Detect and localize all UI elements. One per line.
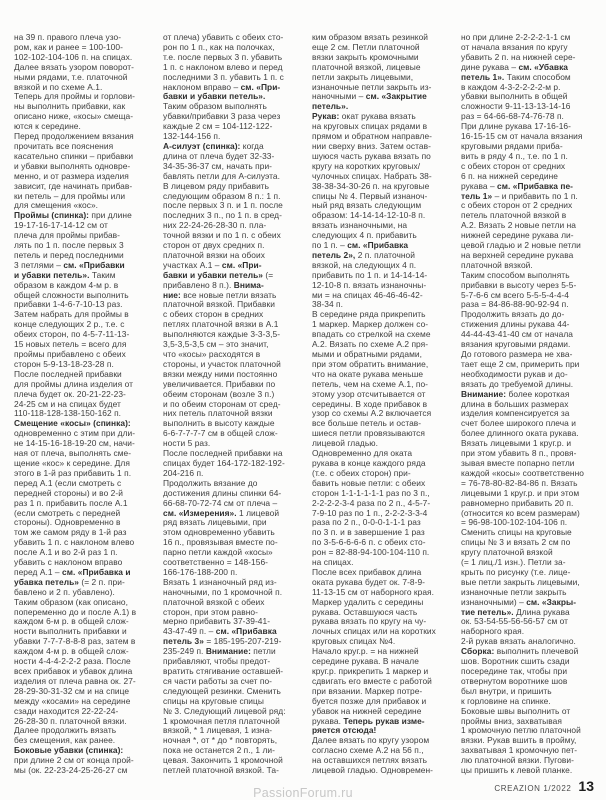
body-text: наклоном вправо – [163,82,241,92]
body-text: прибавки в высоту через 5-5- [461,280,576,290]
body-text: бавлять петли для А-силуэта. [163,171,280,181]
body-text: стижения длины рукава 44- [461,319,570,329]
body-text: когда [240,141,263,151]
bold-text: бавки и убавки петель» [163,270,263,280]
body-text: нии сверху вниз. Затем остав- [312,141,431,151]
body-text: более длинного оката рукава. [461,428,579,438]
body-text: каждом 6-м р. в общей слож- [14,616,129,626]
body-text: захватывая 1 кромочную пет- [461,745,577,755]
body-text: при этом обратить внимание, [312,359,428,369]
body-text: том же самом ряду в 1-й раз [14,527,127,537]
body-text: убавок на нижней середине [312,706,421,716]
body-text: сторон от двух средних п. [163,240,264,250]
body-text: рукава вязать по кругу на чу- [312,616,426,626]
body-text: тает еще 2 см, примерить при [461,359,579,369]
body-text: ми = на спицах 46-46-46-42- [312,290,423,300]
body-text: ны выполнить прибавки, как [14,101,125,111]
body-text: наборного края. [461,626,524,636]
body-text: убавить 2 п. на нижней сере- [461,52,576,62]
body-text: этому узор отсчитывается от [312,389,425,399]
body-text: рукава. [312,716,343,726]
body-text: достижения длины спинки 64- [163,488,281,498]
body-text: общей сложности выполнить [14,290,129,300]
body-text: раз 1 п. прибавить после А.1 [14,498,128,508]
body-text: платочной вязкой, лицевые [312,62,421,72]
body-text: для смещения «кос». [14,200,98,210]
body-text: равномерно прибавить 20 п. [461,498,573,508]
page-number: 13 [578,778,594,794]
body-text: лю платочной вязки. Пугови- [461,755,574,765]
text-column-2: от плеча) убавить с обеих сто-рон по 1 п… [163,33,297,776]
body-text: круговыми рядами приба- [461,141,563,151]
bold-text: Смещение «косы» (спинка): [14,418,131,428]
body-text: пока не останется 2 п., 1 ли- [163,745,275,755]
body-text: вязкой, * 1 лицевая, 1 изна- [163,725,272,735]
body-text: прибавки 1-4-6-7-10-13 раз. [14,299,123,309]
body-text: сложности 9-11-13-13-14-16 [461,101,571,111]
body-text: по 1 п. – [312,240,347,250]
body-text: 1 лицевой [237,508,279,518]
body-text: парно петли каждой «косы» [163,547,273,557]
body-text: рукава – [461,181,497,191]
body-text: убавить 1 п. с наклоном влево [14,537,134,547]
body-text: ким образом вязать резинкой [312,32,428,42]
body-text: (= [263,270,273,280]
body-text: (= 2 п. при- [79,577,125,587]
body-text: (т.е. с обеих сторон) при- [312,468,411,478]
body-text: 16 п., провязывая вместе по- [163,537,278,547]
body-text: петлях платочной вязки в А.1 [163,319,278,329]
body-text: мерно прибавить 37-39-41- [163,616,270,626]
body-text: цы пришить к левой планке. [461,765,572,775]
bold-text: см. «Прибавка [347,240,408,250]
body-text: образом в каждом 4-м р. в [14,280,118,290]
body-text: проймы прибавлено с обеих [14,349,126,359]
body-text: 102-102-104-106 п. на спицах. [14,52,132,62]
body-text: ночная *, от * до * повторять, [163,735,277,745]
body-text: на оставшихся петлях вязать [312,755,427,765]
body-text: петли [251,646,276,656]
bold-text: Боковые убавки (спинка): [14,745,123,755]
bold-text: см. «Закры- [526,597,576,607]
body-text: т.е. после первых 3 п. убавить [163,52,282,62]
body-text: с обеих сторон от средних [461,161,565,171]
body-text: согласно схеме А.2 на 56 п., [312,745,424,755]
body-text: вязкой, на следующих 4 п. [312,260,416,270]
body-text: петлей платочной вязкой. Та- [163,765,279,775]
body-text: следующим образом 8 п.: 1 п. [163,191,280,201]
bold-text: тель 1» [461,191,492,201]
body-text: все новые петли вязать [181,290,277,300]
body-text: 132-144-156 п. [163,131,220,141]
body-text: ности выполнить прибавки и [14,626,127,636]
bold-text: петель 1». [461,72,504,82]
body-text: ряд вязать лицевыми, при [163,517,267,527]
body-text: 1 кромочную петлю платочной [461,725,581,735]
body-text: 1 п. с наклоном влево и перед [163,62,283,72]
body-text: между «косами» на середине [14,696,130,706]
magazine-title: CREAZION 1/2022 [494,784,571,793]
body-text: ный ряд вязать следующим [312,200,421,210]
body-text: на спицах. [312,557,353,567]
body-text: 38-34 п. [312,299,343,309]
body-text: раза по 2 п., 0-0-0-1-1-1 раз [312,517,421,527]
body-text: дине рукава – [461,62,518,72]
body-text: сдвигать его вместе с работой [312,676,432,686]
body-text: изнаночными) – [461,597,526,607]
body-text: Далее продолжить вязать [14,725,116,735]
body-text: на верхней середине рукава [461,250,573,260]
body-text: вратить стягивание оставшей- [163,666,283,676]
body-text: Затем набрать для проймы в [14,309,129,319]
body-text: выполняются каждые 3-3-3,5- [163,329,280,339]
body-text: при длине [89,210,132,220]
body-text: изделия компенсируется за [461,408,569,418]
bold-text: А-силуэт (спинка): [163,141,240,151]
body-text: При длине рукава 17-16-16- [461,121,571,131]
body-text: нижней середине рукава ли- [461,230,574,240]
body-text: ются к середине. [14,121,81,131]
body-text: посередине так, чтобы при [461,666,567,676]
body-text: соответственно = 148-156- [163,557,268,567]
body-text: вязки между ними постоянно [163,369,277,379]
body-text: вязать до требуемой длины. [461,379,573,389]
body-text: перед А.1 – [14,567,62,577]
body-text: вязки закрыть кромочными [312,52,419,62]
body-text: них 22-24-26-28-30 п. пла- [163,220,266,230]
body-text: рон = 82-88-94-100-104-110 п. [312,547,429,557]
body-text: лицевыми 1 круг.р. и при этом [461,488,579,498]
text-line: мы (ок. 22-23-24-25-26-27 см [14,766,148,776]
text-line: цы пришить к левой планке. [461,766,595,776]
body-text: плеча будет ок. 20-21-22-23- [14,389,126,399]
body-text: более короткая [506,389,569,399]
body-text: цевая. Закончить 1 кромочной [163,755,283,765]
body-text: прибавляют, чтобы предот- [163,656,270,666]
body-text: еще 2 см. Петли платочной [312,42,420,52]
bold-text: см. «Измерения». [163,508,237,518]
bold-text: см. «Убавка [518,62,568,72]
body-text: мыми и обратными рядами, [312,349,422,359]
body-text: рукава в конце каждого ряда [312,458,426,468]
body-text: Далее вязать по кругу узором [312,735,429,745]
body-text: = 185-195-207-219- [204,636,282,646]
text-column-1: на 39 п. правого плеча узо-ром, как и ра… [14,33,148,776]
body-text: раза = 84-86-88-90-92-94 п. [461,299,569,309]
body-text: Таким способом выполнять [461,270,570,280]
body-text: раз = 64-66-68-74-76-78 п. [461,111,564,121]
body-text: После последней прибавки на [163,448,283,458]
text-column-4: но при длине 2-2-2-2-1-1 смот начала вяз… [461,33,595,776]
body-text: шов. Воротник сшить сзади [461,656,570,666]
bold-text: петель». [312,101,348,111]
body-text: всех прибавок и убавок длина [14,666,132,676]
bold-text: бавки и убавки петель». [163,91,265,101]
body-text: спицы № 3 и вязать 2 см по [461,537,570,547]
body-text: 3 петлями – [14,260,63,270]
bold-text: петель 2», [312,250,355,260]
body-text: для проймы длина изделия от [14,379,133,389]
body-text: круговых спицах №4. [312,636,395,646]
body-text: рукава. Оставшуюся часть [312,607,417,617]
body-text: увеличивается. Прибавки по [163,379,275,389]
body-text: от начала вязания по кругу [461,42,568,52]
body-text: плеча для проймы прибав- [14,230,120,240]
body-text: 235-249 п. [163,646,206,656]
body-text: спицы на круговые спицы [163,696,264,706]
body-text: 2-2-2-2-3-4 раза по 2 п., 4-5-7- [312,498,430,508]
body-text: – и прибавить по 1 п. [492,191,578,201]
body-text: стороны, и участок платочной [163,359,281,369]
body-text: длина в больших размерах [461,399,568,409]
body-text: выполнить плечевой [494,646,578,656]
body-text: этого в 1-й раз прибавить 1 п. [14,468,131,478]
body-text: зависит, где начинать прибав- [14,181,132,191]
body-text: сзади находится 22-22-24- [14,706,118,716]
body-text: шуюся часть рукава вязать по [312,151,431,161]
body-text: бавить новые петли: с обеих [312,478,425,488]
body-text: изнаночные петли закрыть из- [312,82,431,92]
body-text: следующей резинки. Сменить [163,686,281,696]
body-text: стороны). Одновременно в [14,517,121,527]
body-text: Таким образом (как описано, [14,597,128,607]
body-text: платочной вязкой с обеих [163,597,265,607]
body-text: Теперь для проймы и горлови- [14,91,135,101]
body-text: (если смотреть с передней [14,508,120,518]
body-text: впадать со стрелкой на схеме [312,329,431,339]
body-text: при длине 2 см от конца прой- [14,755,134,765]
body-text: последними 3 п. убавить 1 п. с [163,72,284,82]
body-text: сторон 1-1-1-1-1-1 раз по 3 п., [312,488,430,498]
body-text: прибавить по 1 п. и 14-14-14- [312,270,427,280]
body-text: 2 п. платочной [355,250,415,260]
body-text: Перед продолжением вязания [14,131,134,141]
body-text: что «косы» расходятся в [163,349,260,359]
body-text: Маркер удалить с середины [312,597,423,607]
body-text: Таким [89,270,115,280]
body-text: 11-13-15 см от наборного края. [312,587,434,597]
body-text: не 14-15-16-18-19-20 см, начи- [14,438,135,448]
body-text: платочной вязкой. Прибавки [163,299,275,309]
body-text: проймы вниз, захватывая [461,716,562,726]
body-text: обеих сторон, по 4-5-7-11-13- [14,329,129,339]
bold-text: см. «Закрытие [366,91,427,101]
body-text: ки петель – для проймы или [14,191,125,201]
body-text: лочных спицах или на коротких [312,626,436,636]
body-text: середине рукава. В начале [312,656,419,666]
body-text: убавки выполнить в общей [461,91,567,101]
body-text: 1 маркер. Маркер должен со- [312,319,428,329]
body-text: Вязать лицевыми 1 круг.р. и [461,438,571,448]
page-footer: CREAZION 1/2022 13 [494,778,594,794]
body-text: петель и перед последними [14,250,124,260]
body-text: кругу платочной вязкой [461,547,553,557]
body-text: сторон 5-9-13-18-23-28 п. [14,359,114,369]
body-text: ности 5 раз. [163,438,210,448]
magazine-page: на 39 п. правого плеча узо-ром, как и ра… [0,0,606,800]
body-text: 38-38-34-30-26 п. на круговые [312,181,429,191]
body-text: убавки/прибавки 3 раза через [163,111,280,121]
text-line: лицевой гладью. Одновремен- [312,766,446,776]
body-text: 1 кромочная петля платочной [163,716,280,726]
body-text: конце следующих 2 р., т.е. с [14,319,124,329]
body-text: окат рукава вязать [339,111,415,121]
bold-text: см. «При- [222,260,262,270]
body-text: последних 3 п., по 1 п. в сред- [163,210,282,220]
watermark: PassionForum.ru [253,786,353,800]
body-text: этом одновременно убавить [163,527,275,537]
body-text: после первых 3 п. и 1 п. после [163,200,283,210]
body-text: на 39 п. правого плеча узо- [14,32,121,42]
body-text: ными рядами, т.е. платочной [14,72,127,82]
body-text: каждом 4-м р. в общей слож- [14,646,129,656]
body-text: изделия от плеча равна ок. 27- [14,676,136,686]
body-text: шиеся петли провязываются [312,428,425,438]
body-text: Боковые швы выполнить от [461,706,570,716]
body-text: Таким образом выполнять [163,101,267,111]
body-text: середины. В ходе прибавок в [312,399,427,409]
body-text: рон по 1 п., как на полочках, [163,42,275,52]
body-text: 6 п. на нижней середине [461,171,558,181]
bold-text: Внима- [234,280,264,290]
body-text: бавлено и 2 п. убавлено). [14,587,115,597]
body-text: 44-44-43-41-40 см от начала [461,329,573,339]
bold-text: см. «Прибавки [63,260,124,270]
bold-text: петель 3» [163,636,204,646]
body-text: 166-176-188-200 п. [163,567,237,577]
body-text: петель платочной вязкой в [461,210,566,220]
bold-text: см. «Прибавка пе- [497,181,573,191]
body-text: участках А.1 – [163,260,222,270]
body-text: следующих 4 п. прибавить [312,230,417,240]
body-text: Длина рукава [514,607,570,617]
body-text: описано ниже, «косы» смеща- [14,111,133,121]
body-text: 2-й рукав вязать аналогично. [461,636,576,646]
body-text: все больше петель и остав- [312,418,421,428]
text-column-3: ким образом вязать резинкойеще 2 см. Пет… [312,33,446,776]
body-text: одновременно с этим при дли- [14,428,135,438]
body-text: 6-6-7-7-7-7 см в общей слож- [163,428,278,438]
body-text: крыть по рисунку (т.е. лице- [461,567,570,577]
body-text: передней стороны) и во 2-й [14,488,123,498]
body-text: 16-15-15 см от начала вязания [461,131,582,141]
bold-text: ряется отсюда! [312,725,376,735]
body-text: после А.1 и во 2-й раз 1 п. [14,547,118,557]
body-text: 15 новых петель = всего для [14,339,126,349]
body-text: необходимости рукав и до- [461,369,568,379]
body-text: петли закрыть лицевыми, [312,72,413,82]
body-text: буется позже для прибавок и [312,696,426,706]
body-text: вить в ряду 4 п., т.е. по 1 п. [461,151,568,161]
body-text: и убавки выполнять одновре- [14,161,130,171]
bold-text: убавка петель» [14,577,79,587]
bold-text: см. «Прибавка [216,626,277,636]
bold-text: Сборка: [461,646,494,656]
body-text: длина от плеча будет 32-33- [163,151,274,161]
body-text: прочитать все пояснения [14,141,113,151]
body-text: Вязать 1 изнаночный ряд из- [163,577,277,587]
body-text: ся части работы за счет по- [163,676,272,686]
body-text: ная от плеча, выполнять сме- [14,448,131,458]
body-text: После последней прибавки [14,369,122,379]
body-text: на круговых спицах рядами в [312,121,427,131]
body-text: что на окате рукава меньше [312,369,423,379]
body-text: без смещения, как ранее. [14,735,115,745]
body-text: точной вязки и по 1 п. с обеих [163,230,281,240]
body-text: 204-216 п. [163,468,203,478]
body-text: Продолжить вязать до до- [461,309,564,319]
body-text: при вязании. Маркер потре- [312,686,422,696]
body-text: наночными, по 1 кромочной п. [163,587,282,597]
body-text: 66-68-70-72-74 см от плеча – [163,498,277,508]
body-text: по 3-5-6-6-6-6 п. с обеих сто- [312,537,426,547]
body-text: 28-29-30-31-32 см и на спице [14,686,129,696]
bold-text: Проймы (спинка): [14,210,89,220]
body-text: круг.р. прикрепить 1 маркер и [312,666,428,676]
body-text: при этом убавить 8 п., провя- [461,448,576,458]
body-text: и по обеим сторонам от сред- [163,399,281,409]
body-text: Начало круг.р. = на нижней [312,646,419,656]
body-text: 5-7-6-6 см всего 5-5-5-4-4-4 [461,290,569,300]
body-text: А.2. Вязать по схеме А.2 пря- [312,339,428,349]
text-line: петлей платочной вязкой. Та- [163,766,297,776]
body-text: Сменить спицы на круговые [461,527,572,537]
body-text: убавить с наклоном вправо [14,557,122,567]
body-text: 26-28-30 п. платочной вязки. [14,716,127,726]
body-text: зывая вместе попарно петли [461,458,575,468]
body-text: 43-47-49 п. – [163,626,216,636]
body-text: перед А.1 (если смотреть с [14,478,121,488]
body-text: убавки 7-7-7-8-8-8 раз, затем в [14,636,135,646]
body-text: Одновременно для оката [312,448,412,458]
body-text: В лицевом ряду прибавить [163,181,269,191]
body-text: ром, как и ранее = 100-100- [14,42,123,52]
body-text: Далее вязать узором поворот- [14,62,134,72]
body-text: изнаночные петли закрыть [461,587,567,597]
text-columns: на 39 п. правого плеча узо-ром, как и ра… [14,33,595,776]
body-text: Таким способом [504,72,570,82]
body-text: № 3. Следующий лицевой ряд: [163,706,286,716]
bold-text: Теперь рукав изме- [343,716,424,726]
body-text: лять по 1 п. после первых 3 [14,240,124,250]
body-text: попеременно до и после А.1) в [14,607,136,617]
body-text: (относится ко всем размерам) [461,508,580,518]
body-text: = 76-78-80-82-84-86 п. Вязать [461,478,578,488]
body-text: лицевой гладью. [312,438,378,448]
body-text: вязания круговыми рядами. [461,339,570,349]
body-text: каждые 2 см = 104-112-122- [163,121,272,131]
body-text: ок. 53-54-55-56-56-57 см от [461,616,568,626]
body-text: спицы № 4. Первый изнаноч- [312,191,427,201]
body-text: 12-10-8 п. вязать изнаночны- [312,280,426,290]
body-text: прибавлено 8 п.). [163,280,234,290]
body-text: оката рукава будет ок. 7-8-9- [312,577,425,587]
body-text: прямом и обратном направле- [312,131,432,141]
bold-text: см. «Прибавка и [62,567,131,577]
body-text: = 96-98-100-102-104-106 п. [461,517,567,527]
body-text: менно, и от размера изделия [14,171,129,181]
body-text: них петель платочной вязки [163,408,273,418]
body-text: касательно спинки – прибавки [14,151,133,161]
body-text: обеим сторонам (возле 3 п.) [163,389,274,399]
bold-text: см. «При- [241,82,281,92]
body-text: щение «кос» к середине. Для [14,458,130,468]
body-text: по 3 п. и в завершение 1 раз [312,527,425,537]
body-text: наночными – [312,91,366,101]
bold-text: Внимание: [206,646,251,656]
body-text: Продолжить вязание до [163,478,257,488]
body-text: чулочных спицах. Набрать 38- [312,171,432,181]
